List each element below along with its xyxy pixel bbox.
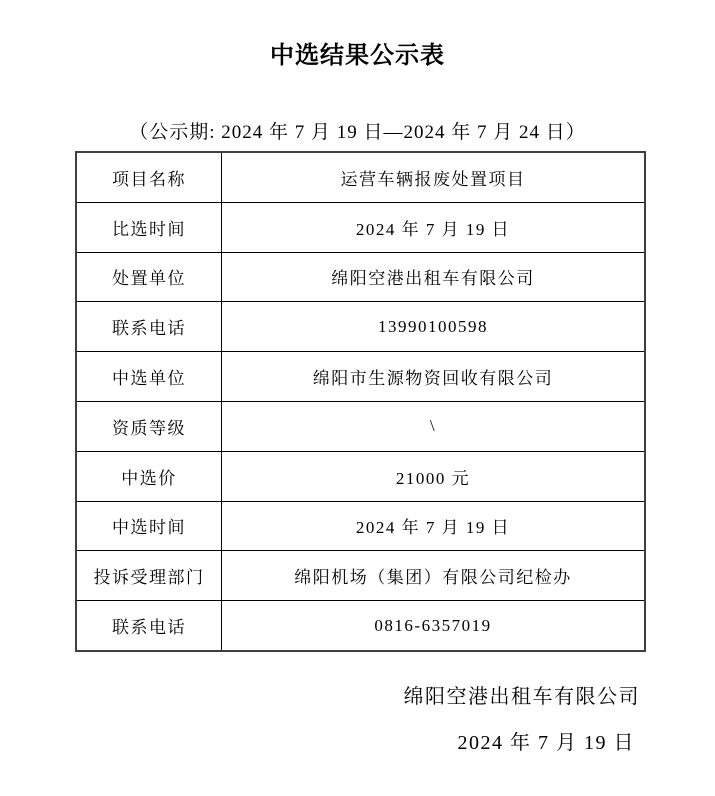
row-label: 处置单位 <box>76 252 222 302</box>
signature-date: 2024 年 7 月 19 日 <box>458 731 636 755</box>
table-row: 联系电话 0816-6357019 <box>76 601 645 651</box>
row-label: 联系电话 <box>76 601 222 651</box>
row-value: 绵阳空港出租车有限公司 <box>222 252 646 302</box>
row-label: 投诉受理部门 <box>76 551 222 601</box>
result-table-body: 项目名称 运营车辆报废处置项目 比选时间 2024 年 7 月 19 日 处置单… <box>76 152 645 651</box>
row-label: 联系电话 <box>76 302 222 352</box>
row-value: 2024 年 7 月 19 日 <box>222 501 646 551</box>
table-row: 联系电话 13990100598 <box>76 302 645 352</box>
table-row: 处置单位 绵阳空港出租车有限公司 <box>76 252 645 302</box>
row-value: 13990100598 <box>222 302 646 352</box>
row-label: 中选时间 <box>76 501 222 551</box>
row-value: \ <box>222 401 646 451</box>
row-value: 绵阳市生源物资回收有限公司 <box>222 352 646 402</box>
row-value: 运营车辆报废处置项目 <box>222 152 646 202</box>
row-value: 2024 年 7 月 19 日 <box>222 202 646 252</box>
row-label: 比选时间 <box>76 202 222 252</box>
table-row: 项目名称 运营车辆报废处置项目 <box>76 152 645 202</box>
publicity-period: （公示期: 2024 年 7 月 19 日—2024 年 7 月 24 日） <box>0 119 715 146</box>
row-label: 中选价 <box>76 451 222 501</box>
table-row: 中选时间 2024 年 7 月 19 日 <box>76 501 645 551</box>
row-value: 绵阳机场（集团）有限公司纪检办 <box>222 551 646 601</box>
table-row: 中选价 21000 元 <box>76 451 645 501</box>
row-label: 中选单位 <box>76 352 222 402</box>
row-label: 资质等级 <box>76 401 222 451</box>
document-page: 中选结果公示表 （公示期: 2024 年 7 月 19 日—2024 年 7 月… <box>0 0 715 796</box>
table-row: 比选时间 2024 年 7 月 19 日 <box>76 202 645 252</box>
row-value: 21000 元 <box>222 451 646 501</box>
result-table: 项目名称 运营车辆报废处置项目 比选时间 2024 年 7 月 19 日 处置单… <box>75 151 646 652</box>
row-value: 0816-6357019 <box>222 601 646 651</box>
page-title: 中选结果公示表 <box>0 42 715 70</box>
table-row: 资质等级 \ <box>76 401 645 451</box>
row-label: 项目名称 <box>76 152 222 202</box>
table-row: 中选单位 绵阳市生源物资回收有限公司 <box>76 352 645 402</box>
signature-company: 绵阳空港出租车有限公司 <box>404 685 641 709</box>
table-row: 投诉受理部门 绵阳机场（集团）有限公司纪检办 <box>76 551 645 601</box>
